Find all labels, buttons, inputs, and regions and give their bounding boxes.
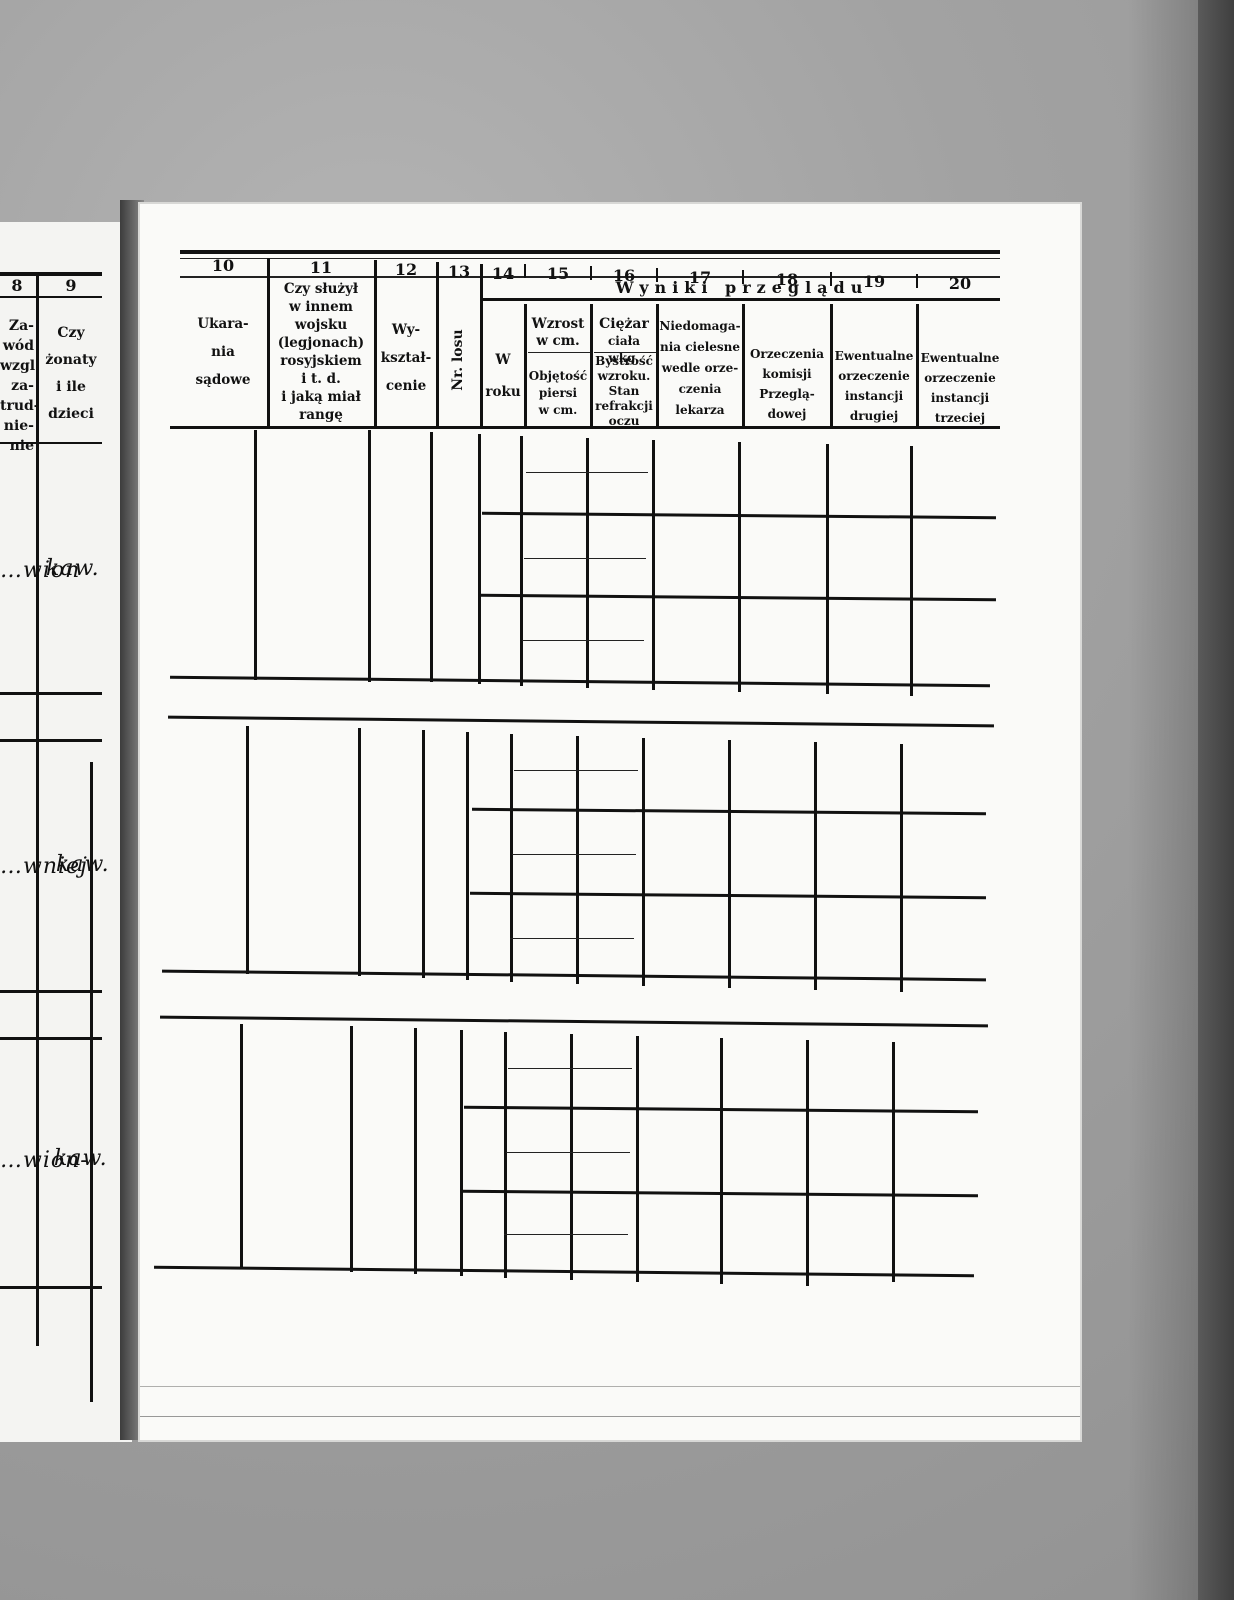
column-number-8: 8 xyxy=(0,276,34,295)
header-divider xyxy=(830,304,833,428)
body-divider xyxy=(520,436,523,686)
record-block-2[interactable] xyxy=(140,724,1080,974)
body-divider xyxy=(254,430,257,680)
column-number-11: 11 xyxy=(268,258,374,278)
body-divider xyxy=(826,444,829,694)
handwritten-entry-col9: kaw. xyxy=(46,556,100,581)
column-15-split-rule xyxy=(528,352,590,353)
column-16-split-rule xyxy=(594,352,656,353)
number-tick xyxy=(524,264,526,278)
body-divider xyxy=(570,1034,573,1280)
half-rule xyxy=(504,1234,628,1235)
body-divider xyxy=(892,1042,895,1282)
record-separator xyxy=(0,1037,102,1040)
body-divider xyxy=(576,736,579,984)
record-block-3[interactable] xyxy=(140,1024,1080,1274)
record-separator xyxy=(0,990,102,993)
header-divider xyxy=(267,258,270,428)
half-rule xyxy=(524,558,646,559)
column-number-13: 13 xyxy=(438,262,480,282)
header-divider xyxy=(742,304,745,428)
number-tick xyxy=(656,268,658,282)
column-header-9: Czy żonaty i ile dzieci xyxy=(40,320,102,428)
body-divider xyxy=(636,1036,639,1282)
scan-streak xyxy=(140,1386,1080,1387)
header-divider xyxy=(656,304,659,428)
body-divider xyxy=(478,434,481,684)
body-divider xyxy=(720,1038,723,1284)
column-header-10: Ukara- nia sądowe xyxy=(180,310,266,394)
header-divider xyxy=(374,260,377,428)
half-rule xyxy=(526,472,648,473)
body-divider xyxy=(358,728,361,976)
column-header-12: Wy- kształ- cenie xyxy=(376,316,436,400)
body-divider xyxy=(728,740,731,988)
body-divider xyxy=(738,442,741,692)
half-rule xyxy=(522,640,644,641)
body-divider xyxy=(504,1032,507,1278)
left-page: 8 9 Za- wód wzgl. za- trud- nie- nie Czy… xyxy=(0,222,132,1442)
column-number-9: 9 xyxy=(40,276,102,295)
column-header-19: Ewentualne orzeczenie instancji drugiej xyxy=(832,346,916,426)
number-tick xyxy=(590,266,592,280)
span-title-rule xyxy=(482,298,1000,301)
half-rule xyxy=(506,1152,630,1153)
body-divider xyxy=(422,730,425,978)
column-header-15-bottom: Objętość piersi w cm. xyxy=(526,368,590,419)
scanner-edge xyxy=(1198,0,1234,1600)
half-rule xyxy=(512,854,636,855)
body-divider xyxy=(806,1040,809,1286)
handwritten-entry-col9: kaw. xyxy=(54,1146,108,1171)
header-divider xyxy=(524,304,527,428)
record-block-1[interactable] xyxy=(140,430,1080,684)
body-divider xyxy=(642,738,645,986)
half-rule xyxy=(508,1068,632,1069)
scan-streak xyxy=(140,1416,1080,1417)
register-table: 10 11 12 13 14 15 16 17 18 19 20 Wyniki … xyxy=(140,204,1080,1440)
body-divider xyxy=(460,1030,463,1276)
header-number-rule xyxy=(0,296,102,298)
record-separator xyxy=(0,739,102,742)
column-number-10: 10 xyxy=(180,256,266,276)
body-divider xyxy=(586,438,589,688)
column-header-8: Za- wód wzgl. za- trud- nie- nie xyxy=(0,316,34,456)
body-divider xyxy=(350,1026,353,1272)
column-divider xyxy=(36,276,39,1346)
header-divider xyxy=(916,304,919,428)
body-divider xyxy=(466,732,469,980)
body-divider xyxy=(652,440,655,690)
right-page: 10 11 12 13 14 15 16 17 18 19 20 Wyniki … xyxy=(140,204,1080,1440)
column-header-14: W roku xyxy=(482,344,524,408)
column-header-17: Niedomaga- nia cielesne wedle orze- czen… xyxy=(658,316,742,421)
half-rule xyxy=(514,770,638,771)
header-bottom-rule xyxy=(170,426,1000,429)
column-number-12: 12 xyxy=(376,260,436,280)
body-divider xyxy=(814,742,817,990)
body-divider xyxy=(910,446,913,696)
handwritten-entry-col9: kaw. xyxy=(56,852,110,877)
record-separator xyxy=(0,1286,102,1289)
record-separator xyxy=(0,692,102,695)
column-header-13: Nr. losu xyxy=(450,328,466,392)
body-divider xyxy=(430,432,433,682)
number-tick xyxy=(916,274,918,288)
half-rule xyxy=(510,938,634,939)
header-top-rule xyxy=(180,250,1000,254)
number-tick xyxy=(742,270,744,284)
body-divider xyxy=(510,734,513,982)
column-header-11: Czy służył w innem wojsku (legjonach) ro… xyxy=(268,280,374,424)
header-divider xyxy=(480,264,483,428)
column-header-18: Orzeczenia komisji Przeglą- dowej xyxy=(744,344,830,424)
column-header-15-top: Wzrost w cm. xyxy=(526,316,590,350)
page-shadow xyxy=(1128,0,1198,1600)
body-divider xyxy=(900,744,903,992)
body-divider xyxy=(240,1024,243,1268)
column-header-20: Ewentualne orzeczenie instancji trzeciej xyxy=(918,348,1002,428)
body-divider xyxy=(368,430,371,682)
number-tick xyxy=(830,272,832,286)
body-divider xyxy=(414,1028,417,1274)
header-divider xyxy=(590,304,593,428)
column-header-16-bottom: Bystrość wzroku. Stan refrakcji oczu xyxy=(592,354,656,429)
header-divider xyxy=(436,262,439,428)
body-divider xyxy=(246,726,249,974)
